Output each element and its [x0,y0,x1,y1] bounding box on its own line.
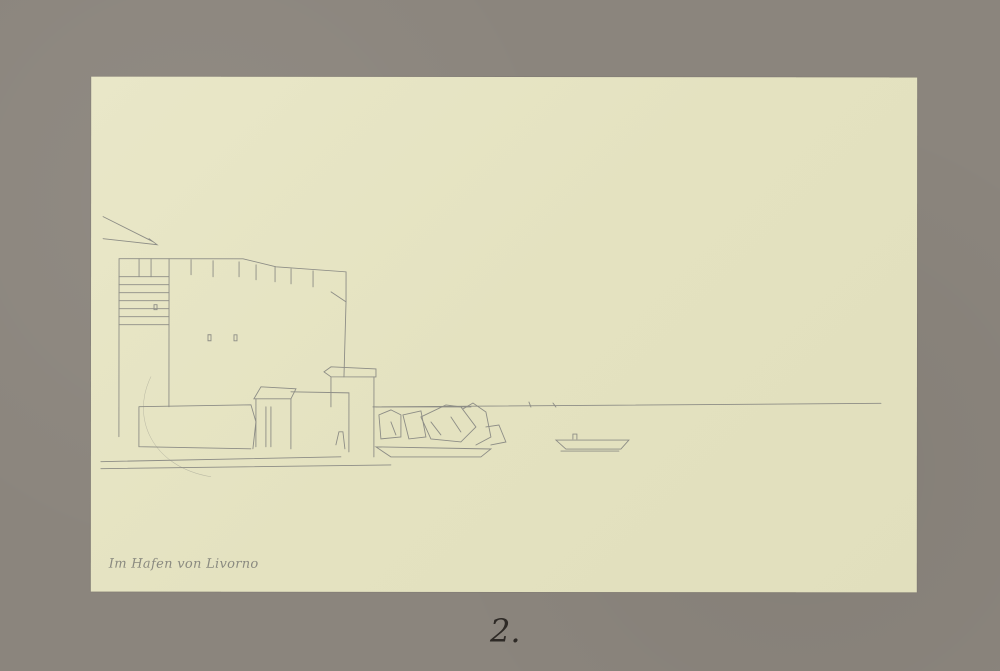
rowing-boat [556,434,629,451]
harbor-buildings [254,367,471,457]
horizon-line [376,403,881,407]
pencil-sketch [91,77,917,593]
distant-sails [529,402,556,407]
low-wall [139,405,256,449]
drawing-paper: Im Hafen von Livorno [91,77,917,593]
faint-arc [143,377,211,477]
page-number: 2. [490,612,521,650]
figure [336,432,345,449]
roof-fragment [103,217,157,245]
inscription: Im Hafen von Livorno [109,557,259,572]
fortress-tower [119,259,346,437]
quay-ground [101,457,391,469]
rocks [376,403,506,457]
